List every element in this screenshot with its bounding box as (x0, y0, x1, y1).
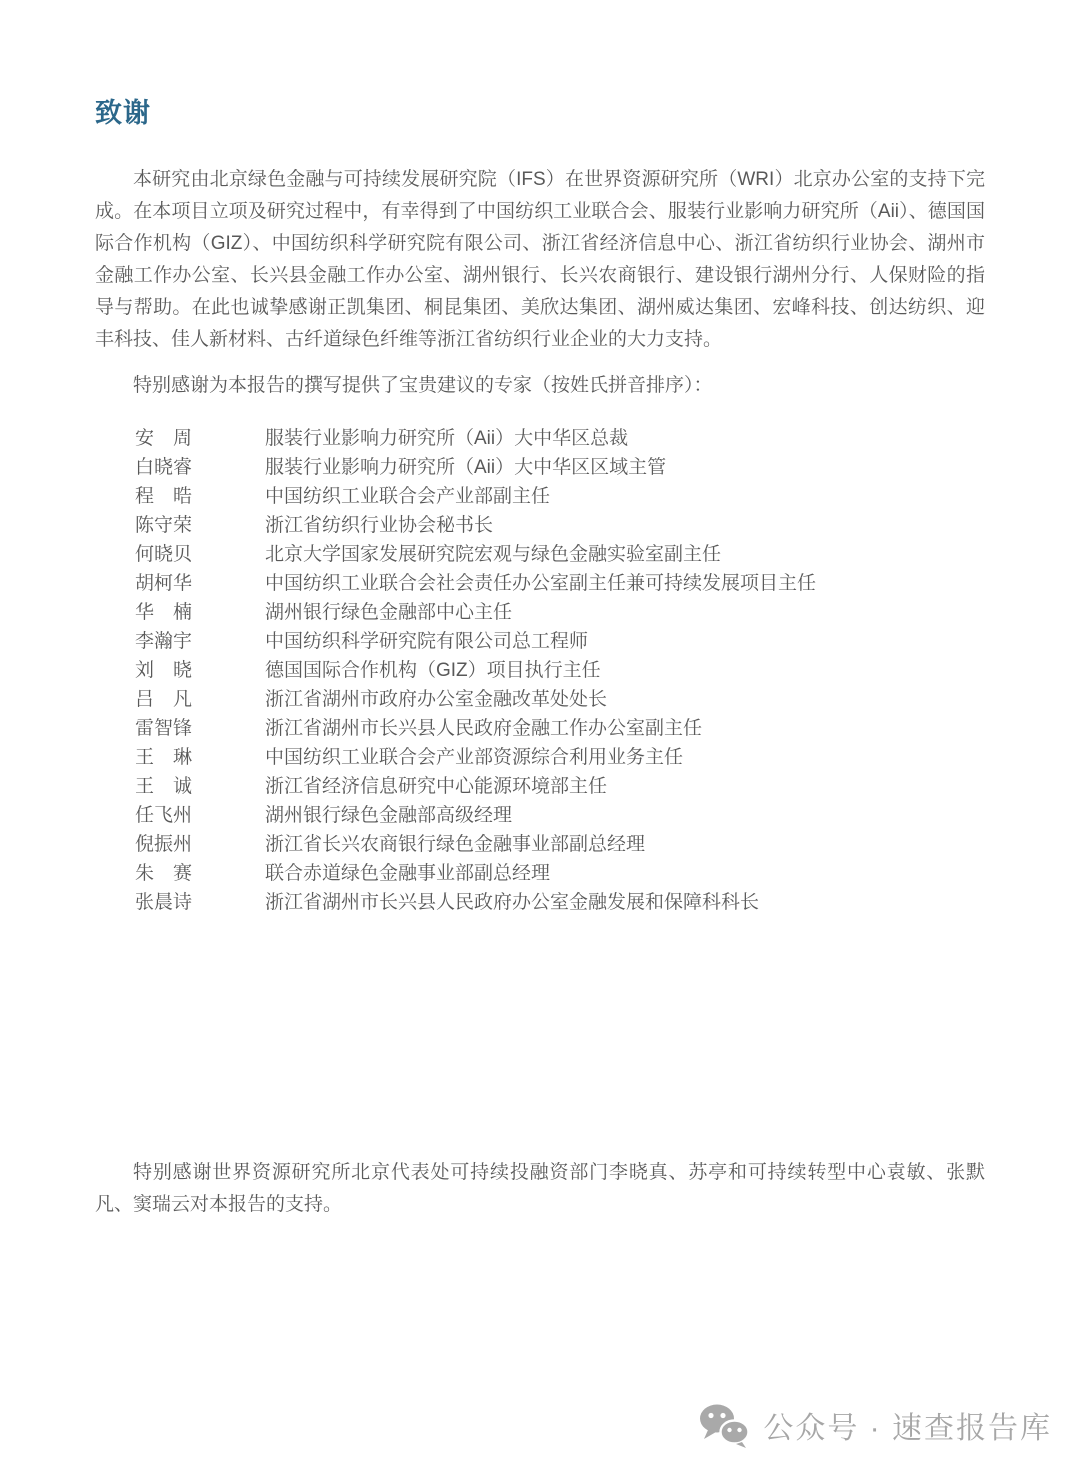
expert-name: 王 琳 (135, 743, 265, 772)
expert-title: 浙江省长兴农商银行绿色金融事业部副总经理 (265, 830, 985, 859)
expert-row: 何晓贝 北京大学国家发展研究院宏观与绿色金融实验室副主任 (135, 540, 985, 569)
expert-name: 程 晧 (135, 482, 265, 511)
expert-title: 浙江省湖州市长兴县人民政府办公室金融发展和保障科科长 (265, 888, 985, 917)
expert-title: 浙江省纺织行业协会秘书长 (265, 511, 985, 540)
expert-row: 刘 晓 德国国际合作机构（GIZ）项目执行主任 (135, 656, 985, 685)
expert-title: 湖州银行绿色金融部中心主任 (265, 598, 985, 627)
expert-name: 何晓贝 (135, 540, 265, 569)
expert-row: 朱 赛 联合赤道绿色金融事业部副总经理 (135, 859, 985, 888)
expert-row: 王 琳 中国纺织工业联合会产业部资源综合利用业务主任 (135, 743, 985, 772)
expert-name: 雷智锋 (135, 714, 265, 743)
expert-title: 湖州银行绿色金融部高级经理 (265, 801, 985, 830)
acknowledgments-section: 致谢 本研究由北京绿色金融与可持续发展研究院（IFS）在世界资源研究所（WRI）… (0, 0, 1080, 1221)
expert-row: 雷智锋 浙江省湖州市长兴县人民政府金融工作办公室副主任 (135, 714, 985, 743)
expert-title: 服装行业影响力研究所（Aii）大中华区区域主管 (265, 453, 985, 482)
document-page: { "document": { "heading": "致谢", "intro_… (0, 0, 1080, 1466)
expert-row: 张晨诗 浙江省湖州市长兴县人民政府办公室金融发展和保障科科长 (135, 888, 985, 917)
watermark: 公众号 · 速查报告库 (697, 1402, 1052, 1448)
expert-name: 华 楠 (135, 598, 265, 627)
expert-row: 王 诚 浙江省经济信息研究中心能源环境部主任 (135, 772, 985, 801)
expert-row: 华 楠 湖州银行绿色金融部中心主任 (135, 598, 985, 627)
expert-row: 胡柯华 中国纺织工业联合会社会责任办公室副主任兼可持续发展项目主任 (135, 569, 985, 598)
expert-name: 陈守荣 (135, 511, 265, 540)
expert-name: 任飞州 (135, 801, 265, 830)
expert-row: 陈守荣 浙江省纺织行业协会秘书长 (135, 511, 985, 540)
expert-name: 白晓睿 (135, 453, 265, 482)
expert-name: 刘 晓 (135, 656, 265, 685)
expert-title: 联合赤道绿色金融事业部副总经理 (265, 859, 985, 888)
expert-title: 德国国际合作机构（GIZ）项目执行主任 (265, 656, 985, 685)
expert-title: 中国纺织工业联合会产业部资源综合利用业务主任 (265, 743, 985, 772)
expert-name: 胡柯华 (135, 569, 265, 598)
expert-name: 朱 赛 (135, 859, 265, 888)
experts-list: 安 周 服装行业影响力研究所（Aii）大中华区总裁 白晓睿 服装行业影响力研究所… (95, 424, 985, 917)
expert-title: 中国纺织工业联合会产业部副主任 (265, 482, 985, 511)
expert-title: 浙江省湖州市长兴县人民政府金融工作办公室副主任 (265, 714, 985, 743)
expert-name: 吕 凡 (135, 685, 265, 714)
expert-name: 倪振州 (135, 830, 265, 859)
expert-title: 中国纺织工业联合会社会责任办公室副主任兼可持续发展项目主任 (265, 569, 985, 598)
expert-row: 吕 凡 浙江省湖州市政府办公室金融改革处处长 (135, 685, 985, 714)
expert-name: 王 诚 (135, 772, 265, 801)
expert-title: 浙江省湖州市政府办公室金融改革处处长 (265, 685, 985, 714)
expert-row: 李瀚宇 中国纺织科学研究院有限公司总工程师 (135, 627, 985, 656)
expert-row: 安 周 服装行业影响力研究所（Aii）大中华区总裁 (135, 424, 985, 453)
expert-title: 服装行业影响力研究所（Aii）大中华区总裁 (265, 424, 985, 453)
expert-row: 白晓睿 服装行业影响力研究所（Aii）大中华区区域主管 (135, 453, 985, 482)
experts-intro-line: 特别感谢为本报告的撰写提供了宝贵建议的专家（按姓氏拼音排序）： (95, 370, 985, 402)
watermark-text: 公众号 · 速查报告库 (763, 1403, 1052, 1447)
intro-paragraph: 本研究由北京绿色金融与可持续发展研究院（IFS）在世界资源研究所（WRI）北京办… (95, 164, 985, 356)
expert-title: 中国纺织科学研究院有限公司总工程师 (265, 627, 985, 656)
closing-paragraph: 特别感谢世界资源研究所北京代表处可持续投融资部门李晓真、苏亭和可持续转型中心袁敏… (95, 1157, 985, 1221)
expert-row: 倪振州 浙江省长兴农商银行绿色金融事业部副总经理 (135, 830, 985, 859)
expert-title: 浙江省经济信息研究中心能源环境部主任 (265, 772, 985, 801)
wechat-icon (697, 1402, 751, 1448)
expert-row: 任飞州 湖州银行绿色金融部高级经理 (135, 801, 985, 830)
page-title: 致谢 (95, 96, 985, 130)
expert-row: 程 晧 中国纺织工业联合会产业部副主任 (135, 482, 985, 511)
expert-name: 安 周 (135, 424, 265, 453)
expert-name: 李瀚宇 (135, 627, 265, 656)
expert-title: 北京大学国家发展研究院宏观与绿色金融实验室副主任 (265, 540, 985, 569)
expert-name: 张晨诗 (135, 888, 265, 917)
